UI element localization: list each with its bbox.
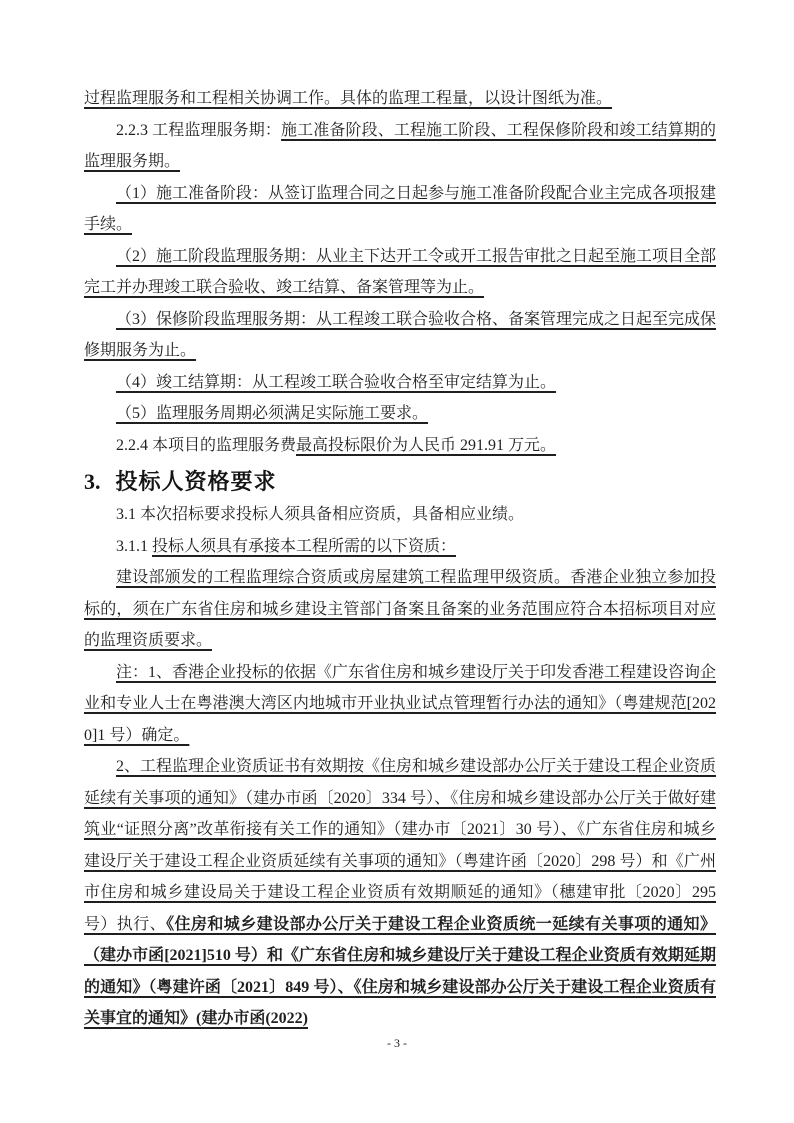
text-segment: 过程监理服务和工程相关协调工作。具体的监理工程量，以设计图纸为准。 bbox=[84, 90, 612, 107]
text-segment: 2、工程监理企业资质证书有效期按《住房和城乡建设部办公厅关于建设工程企业资质延续… bbox=[84, 758, 716, 933]
paragraph: 注：1、香港企业投标的依据《广东省住房和城乡建设厅关于印发香港工程建设咨询企业和… bbox=[84, 657, 716, 752]
text-segment: 投标人须具有承接本工程所需的以下资质： bbox=[152, 538, 456, 555]
text-segment: 注：1、香港企业投标的依据《广东省住房和城乡建设厅关于印发香港工程建设咨询企业和… bbox=[84, 664, 716, 744]
section-heading: 3.投标人资格要求 bbox=[84, 465, 716, 499]
text-segment: 3.1.1 bbox=[116, 538, 152, 555]
text-segment: 最高投标限价为人民币 291.91 万元。 bbox=[296, 437, 556, 454]
paragraph: 过程监理服务和工程相关协调工作。具体的监理工程量，以设计图纸为准。 bbox=[84, 83, 716, 115]
paragraph: 3.1 本次招标要求投标人须具备相应资质，具备相应业绩。 bbox=[84, 499, 716, 531]
text-segment: 建设部颁发的工程监理综合资质或房屋建筑工程监理甲级资质。香港企业独立参加投标的，… bbox=[84, 569, 716, 649]
paragraph: （1）施工准备阶段：从签订监理合同之日起参与施工准备阶段配合业主完成各项报建手续… bbox=[84, 178, 716, 241]
paragraphs-before-heading: 过程监理服务和工程相关协调工作。具体的监理工程量，以设计图纸为准。2.2.3 工… bbox=[84, 83, 716, 461]
paragraph: 2.2.3 工程监理服务期：施工准备阶段、工程施工阶段、工程保修阶段和竣工结算期… bbox=[84, 115, 716, 178]
paragraph: （5）监理服务周期必须满足实际施工要求。 bbox=[84, 398, 716, 430]
document-body: 过程监理服务和工程相关协调工作。具体的监理工程量，以设计图纸为准。2.2.3 工… bbox=[84, 83, 716, 1035]
heading-title: 投标人资格要求 bbox=[116, 469, 277, 494]
text-segment: （1）施工准备阶段：从签订监理合同之日起参与施工准备阶段配合业主完成各项报建手续… bbox=[84, 185, 716, 234]
paragraph: （3）保修阶段监理服务期：从工程竣工联合验收合格、备案管理完成之日起至完成保修期… bbox=[84, 304, 716, 367]
paragraphs-after-heading: 3.1 本次招标要求投标人须具备相应资质，具备相应业绩。3.1.1 投标人须具有… bbox=[84, 499, 716, 1035]
text-segment: 2.2.3 工程监理服务期： bbox=[116, 122, 281, 139]
text-segment: 3.1 本次招标要求投标人须具备相应资质，具备相应业绩。 bbox=[116, 506, 524, 523]
document-page: 过程监理服务和工程相关协调工作。具体的监理工程量，以设计图纸为准。2.2.3 工… bbox=[0, 0, 794, 1123]
paragraph: （4）竣工结算期：从工程竣工联合验收合格至审定结算为止。 bbox=[84, 367, 716, 399]
paragraph: 2、工程监理企业资质证书有效期按《住房和城乡建设部办公厅关于建设工程企业资质延续… bbox=[84, 751, 716, 1035]
paragraph: 3.1.1 投标人须具有承接本工程所需的以下资质： bbox=[84, 531, 716, 563]
text-segment: （5）监理服务周期必须满足实际施工要求。 bbox=[116, 405, 428, 422]
text-segment: （3）保修阶段监理服务期：从工程竣工联合验收合格、备案管理完成之日起至完成保修期… bbox=[84, 311, 716, 360]
paragraph: 建设部颁发的工程监理综合资质或房屋建筑工程监理甲级资质。香港企业独立参加投标的，… bbox=[84, 562, 716, 657]
text-segment: 2.2.4 本项目的监理服务费 bbox=[116, 437, 296, 454]
paragraph: （2）施工阶段监理服务期：从业主下达开工令或开工报告审批之日起至施工项目全部完工… bbox=[84, 241, 716, 304]
text-segment: （4）竣工结算期：从工程竣工联合验收合格至审定结算为止。 bbox=[116, 374, 556, 391]
page-number: - 3 - bbox=[387, 1036, 407, 1050]
text-segment: 《住房和城乡建设部办公厅关于建设工程企业资质统一延续有关事项的通知》（建办市函[… bbox=[84, 916, 716, 1028]
heading-number: 3. bbox=[84, 469, 101, 494]
text-segment: （2）施工阶段监理服务期：从业主下达开工令或开工报告审批之日起至施工项目全部完工… bbox=[84, 248, 716, 297]
page-footer: - 3 - bbox=[0, 1036, 794, 1051]
paragraph: 2.2.4 本项目的监理服务费最高投标限价为人民币 291.91 万元。 bbox=[84, 430, 716, 462]
